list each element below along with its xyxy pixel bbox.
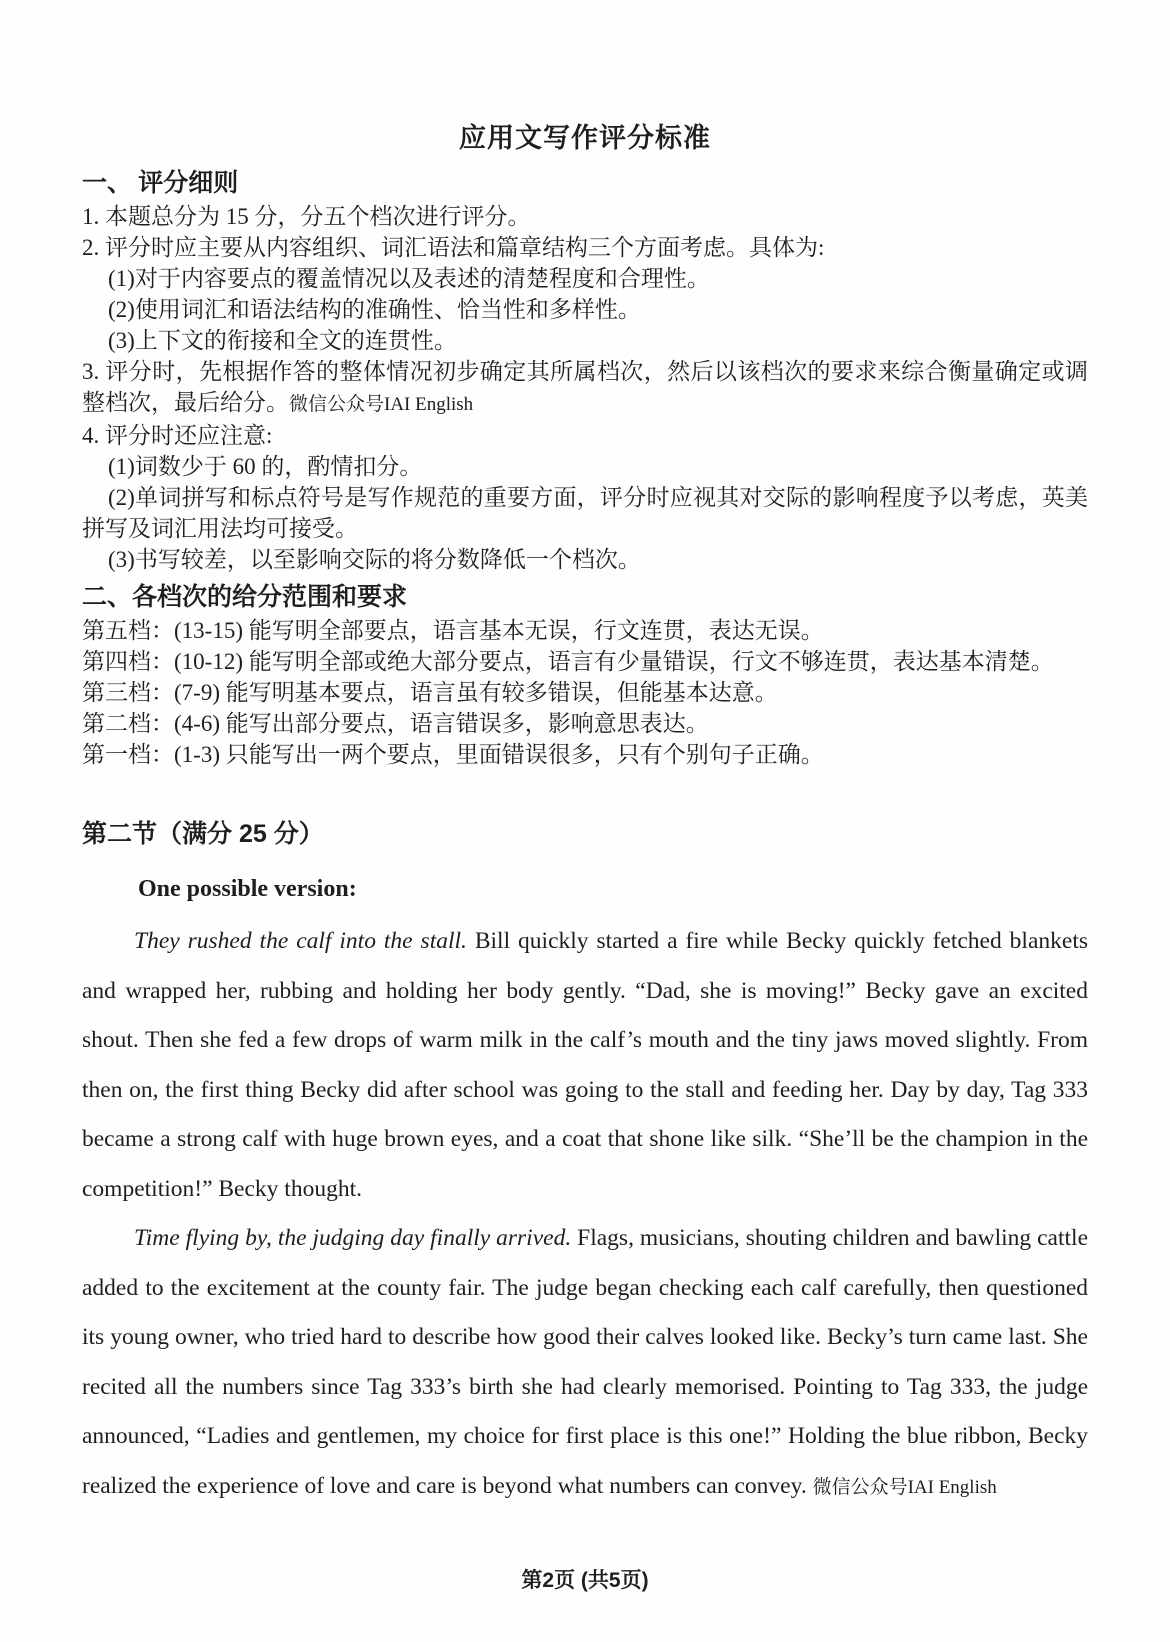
rule-item: 3. 评分时，先根据作答的整体情况初步确定其所属档次，然后以该档次的要求来综合衡… (82, 356, 1088, 420)
grade-band-1: 第一档：(1-3) 只能写出一两个要点，里面错误很多，只有个别句子正确。 (82, 739, 1088, 770)
rule-subitem: (1)对于内容要点的覆盖情况以及表述的清楚程度和合理性。 (82, 263, 1088, 294)
wechat-watermark: 微信公众号IAI English (813, 1477, 997, 1498)
part2-heading: 第二节（满分 25 分） (82, 814, 1088, 850)
paragraph-2-lead-sentence: Time flying by, the judging day finally … (134, 1225, 571, 1251)
paragraph-1-lead-sentence: They rushed the calf into the stall. (134, 928, 467, 954)
rule-item: 1. 本题总分为 15 分，分五个档次进行评分。 (82, 201, 1088, 232)
paragraph-2-body: Flags, musicians, shouting children and … (82, 1225, 1088, 1499)
rule-subitem: (3)上下文的衔接和全文的连贯性。 (82, 325, 1088, 356)
version-label: One possible version: (138, 876, 1088, 903)
rule-item: 2. 评分时应主要从内容组织、词汇语法和篇章结构三个方面考虑。具体为: (82, 232, 1088, 263)
section1-heading: 一、 评分细则 (82, 163, 1088, 199)
grade-band-5: 第五档：(13-15) 能写明全部要点，语言基本无误，行文连贯，表达无误。 (82, 615, 1088, 646)
section2-heading: 二、各档次的给分范围和要求 (82, 577, 1088, 613)
rule-item-text: 3. 评分时，先根据作答的整体情况初步确定其所属档次，然后以该档次的要求来综合衡… (82, 359, 1088, 415)
paragraph-1-body: Bill quickly started a fire while Becky … (82, 928, 1088, 1202)
grade-band-3: 第三档：(7-9) 能写明基本要点，语言虽有较多错误，但能基本达意。 (82, 677, 1088, 708)
document-title: 应用文写作评分标准 (82, 116, 1088, 155)
page-number-footer: 第2页 (共5页) (0, 1564, 1170, 1594)
rule-subitem: (2)使用词汇和语法结构的准确性、恰当性和多样性。 (82, 294, 1088, 325)
grade-band-4: 第四档：(10-12) 能写明全部或绝大部分要点，语言有少量错误，行文不够连贯，… (82, 646, 1088, 677)
document-page: 应用文写作评分标准 一、 评分细则 1. 本题总分为 15 分，分五个档次进行评… (0, 0, 1170, 1642)
grade-band-2: 第二档：(4-6) 能写出部分要点，语言错误多，影响意思表达。 (82, 708, 1088, 739)
rule-subitem: (1)词数少于 60 的，酌情扣分。 (82, 451, 1088, 482)
rule-subitem: (3)书写较差，以至影响交际的将分数降低一个档次。 (82, 544, 1088, 575)
rule-subitem: (2)单词拼写和标点符号是写作规范的重要方面，评分时应视其对交际的影响程度予以考… (82, 482, 1088, 544)
rule-item: 4. 评分时还应注意: (82, 420, 1088, 451)
essay-paragraph-2: Time flying by, the judging day finally … (82, 1214, 1088, 1512)
wechat-watermark: 微信公众号IAI English (289, 394, 473, 415)
essay-paragraph-1: They rushed the calf into the stall. Bil… (82, 917, 1088, 1214)
